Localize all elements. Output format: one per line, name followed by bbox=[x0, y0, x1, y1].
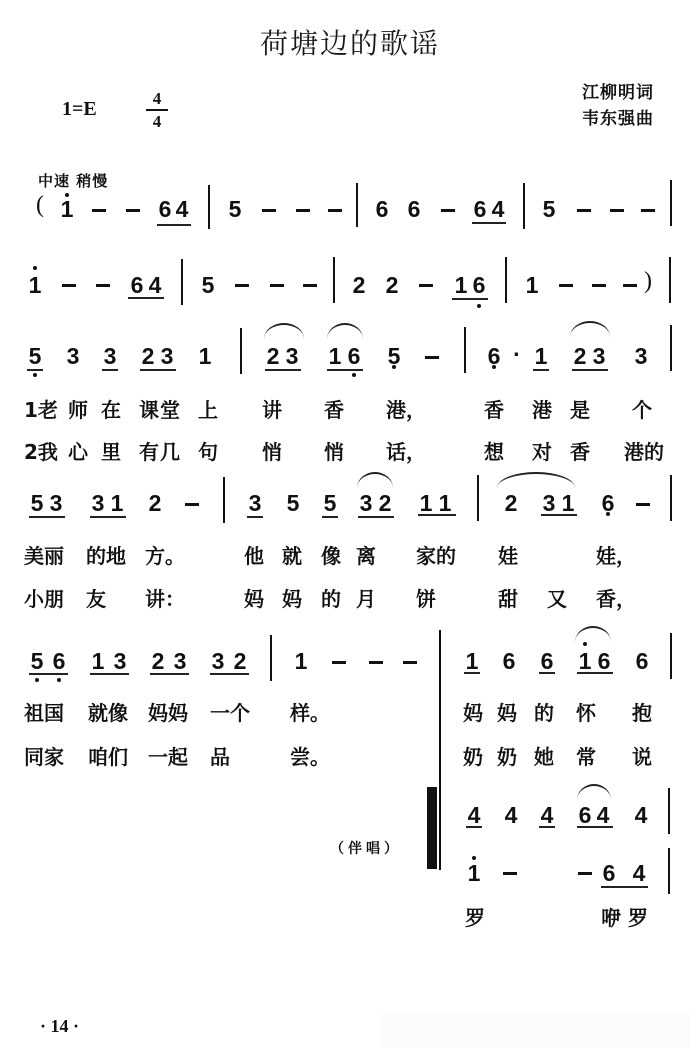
eighth-underline bbox=[539, 672, 555, 674]
lyric: 港， bbox=[386, 394, 426, 423]
note: 6 bbox=[576, 802, 594, 828]
close-paren: ) bbox=[644, 268, 652, 295]
eighth-underline bbox=[452, 298, 488, 300]
lyric: 小朋 bbox=[24, 583, 64, 612]
lyric: 讲： bbox=[145, 583, 185, 612]
eighth-underline bbox=[327, 369, 363, 371]
note: 3 bbox=[64, 343, 82, 369]
accompaniment-label: （伴唱） bbox=[330, 838, 402, 858]
note: 6 bbox=[345, 343, 363, 369]
note: 5 bbox=[26, 343, 44, 369]
key-signature: 1=E bbox=[62, 98, 97, 121]
note: 3 bbox=[47, 490, 65, 516]
barline bbox=[670, 180, 672, 226]
lyric: 妈 bbox=[463, 697, 483, 726]
composer-credit: 韦东强曲 bbox=[582, 104, 654, 129]
lyric: 友 bbox=[86, 583, 106, 612]
note: 5 bbox=[199, 272, 217, 298]
lyric: 是 bbox=[570, 394, 590, 423]
low-octave-dot bbox=[492, 365, 496, 369]
lyric: 他 bbox=[244, 540, 264, 569]
note: 1 bbox=[523, 272, 541, 298]
lyric: 香 bbox=[570, 436, 590, 465]
lyric: 课 bbox=[139, 394, 159, 423]
song-title: 荷塘边的歌谣 bbox=[0, 22, 700, 62]
lyric: 悄 bbox=[262, 436, 282, 465]
lyric: 她 bbox=[534, 741, 554, 770]
lyric: 样。 bbox=[290, 697, 330, 726]
eighth-underline bbox=[572, 369, 608, 371]
eighth-underline bbox=[247, 516, 263, 518]
lyric: 在 bbox=[101, 394, 121, 423]
slur bbox=[575, 626, 611, 642]
note: 3 bbox=[209, 648, 227, 674]
note: 1 bbox=[26, 272, 44, 298]
dash bbox=[303, 284, 317, 287]
note: 4 bbox=[538, 802, 556, 828]
eighth-underline bbox=[150, 673, 189, 675]
note: 2 bbox=[376, 490, 394, 516]
lyric: 上 bbox=[198, 394, 218, 423]
eighth-underline bbox=[577, 826, 613, 828]
slur bbox=[357, 472, 393, 488]
low-octave-dot bbox=[352, 373, 356, 377]
note: 1 bbox=[326, 343, 344, 369]
eighth-underline bbox=[29, 516, 65, 518]
lyric: 2我 bbox=[24, 436, 58, 465]
dash bbox=[235, 284, 249, 287]
lyric: 怀 bbox=[576, 697, 596, 726]
slur bbox=[327, 323, 363, 339]
lyric: 抱 bbox=[632, 697, 652, 726]
note: 2 bbox=[146, 490, 164, 516]
barline bbox=[505, 257, 507, 303]
lyric: 1老 bbox=[24, 394, 58, 423]
eighth-underline bbox=[472, 222, 506, 224]
note: 4 bbox=[173, 196, 191, 222]
lyric: 师 bbox=[68, 394, 88, 423]
open-paren: ( bbox=[36, 192, 44, 219]
note: 6 bbox=[373, 196, 391, 222]
barline bbox=[464, 327, 466, 373]
note: 1 bbox=[576, 648, 594, 674]
note: 1 bbox=[58, 196, 76, 222]
note: 1 bbox=[559, 490, 577, 516]
low-octave-dot bbox=[392, 365, 396, 369]
note: 2 bbox=[149, 648, 167, 674]
note: 6 bbox=[595, 648, 613, 674]
note: 5 bbox=[28, 648, 46, 674]
lyric: 娃， bbox=[596, 540, 636, 569]
lyric: 几 bbox=[160, 436, 180, 465]
note: 3 bbox=[171, 648, 189, 674]
scan-artifact bbox=[380, 1012, 690, 1048]
barline bbox=[208, 185, 210, 229]
dash bbox=[610, 209, 624, 212]
time-signature-top: 4 bbox=[146, 90, 168, 107]
barline bbox=[181, 259, 183, 305]
dash bbox=[578, 872, 592, 875]
note: 2 bbox=[264, 343, 282, 369]
barline bbox=[670, 475, 672, 521]
note: 1 bbox=[196, 343, 214, 369]
note: 6 bbox=[156, 196, 174, 222]
note: 2 bbox=[231, 648, 249, 674]
note: 2 bbox=[571, 343, 589, 369]
dash bbox=[636, 503, 650, 506]
note: 1 bbox=[452, 272, 470, 298]
tempo-marking: 中速 稍慢 bbox=[38, 170, 108, 191]
note: 3 bbox=[111, 648, 129, 674]
lyric: 常 bbox=[576, 741, 596, 770]
low-octave-dot bbox=[606, 512, 610, 516]
lyric: 里 bbox=[101, 436, 121, 465]
note: 1 bbox=[532, 343, 550, 369]
note: 5 bbox=[226, 196, 244, 222]
note: 4 bbox=[489, 196, 507, 222]
lyric: 对 bbox=[532, 436, 552, 465]
dash bbox=[641, 209, 655, 212]
lyricist-credit: 江柳明词 bbox=[582, 78, 654, 103]
lyric: 祖国 bbox=[24, 697, 64, 726]
lyric: 香， bbox=[596, 583, 636, 612]
lyric: 妈 bbox=[244, 583, 264, 612]
barline bbox=[477, 475, 479, 521]
note: 1 bbox=[436, 490, 454, 516]
note: 6 bbox=[471, 196, 489, 222]
note: 2 bbox=[502, 490, 520, 516]
note: 4 bbox=[502, 802, 520, 828]
lyric: 饼 bbox=[416, 583, 436, 612]
note: 1 bbox=[417, 490, 435, 516]
lyric: 的 bbox=[321, 583, 341, 612]
eighth-underline bbox=[102, 369, 118, 371]
lyric: 就 bbox=[282, 540, 302, 569]
time-signature: 4 4 bbox=[146, 90, 168, 130]
high-octave-dot bbox=[472, 856, 476, 860]
note: 3 bbox=[101, 343, 119, 369]
low-octave-dot bbox=[477, 304, 481, 308]
note: 1 bbox=[89, 648, 107, 674]
barline bbox=[333, 257, 335, 303]
dash bbox=[369, 661, 383, 664]
dash bbox=[419, 284, 433, 287]
dash bbox=[328, 209, 342, 212]
augmentation-dot: · bbox=[508, 341, 526, 367]
lyric: 甜 bbox=[498, 583, 518, 612]
note: 1 bbox=[108, 490, 126, 516]
dash bbox=[403, 661, 417, 664]
dash bbox=[92, 209, 106, 212]
high-octave-dot bbox=[33, 266, 37, 270]
eighth-underline bbox=[29, 673, 68, 675]
barline bbox=[668, 848, 670, 894]
lyric: 个 bbox=[632, 394, 652, 423]
lyric: 像 bbox=[321, 540, 341, 569]
note: 6 bbox=[600, 860, 618, 886]
barline bbox=[670, 325, 672, 371]
lyric: 又 bbox=[547, 583, 567, 612]
note: 5 bbox=[284, 490, 302, 516]
eighth-underline bbox=[466, 826, 482, 828]
note: 3 bbox=[632, 343, 650, 369]
barline bbox=[223, 477, 225, 523]
dash bbox=[270, 284, 284, 287]
note: 4 bbox=[146, 272, 164, 298]
note: 6 bbox=[633, 648, 651, 674]
eighth-underline bbox=[577, 672, 613, 674]
note: 5 bbox=[540, 196, 558, 222]
low-octave-dot bbox=[57, 678, 61, 682]
eighth-underline bbox=[418, 514, 456, 516]
dash bbox=[296, 209, 310, 212]
dash bbox=[332, 661, 346, 664]
barline bbox=[356, 183, 358, 227]
lyric: 咱们 bbox=[88, 741, 128, 770]
staff-bracket bbox=[427, 787, 437, 869]
note: 2 bbox=[139, 343, 157, 369]
eighth-underline bbox=[210, 673, 249, 675]
eighth-underline bbox=[90, 673, 129, 675]
time-signature-bottom: 4 bbox=[146, 113, 168, 130]
note: 6 bbox=[128, 272, 146, 298]
low-octave-dot bbox=[35, 678, 39, 682]
note: 3 bbox=[590, 343, 608, 369]
lyric: 奶 bbox=[497, 741, 517, 770]
lyric: 娃 bbox=[498, 540, 518, 569]
note: 1 bbox=[292, 648, 310, 674]
note: 3 bbox=[158, 343, 176, 369]
dash bbox=[425, 356, 439, 359]
lyric: 妈 bbox=[282, 583, 302, 612]
lyric: 美丽 bbox=[24, 540, 64, 569]
eighth-underline bbox=[265, 369, 301, 371]
lyric: 品 bbox=[210, 741, 230, 770]
barline bbox=[668, 788, 670, 834]
page-number: · 14 · bbox=[40, 1016, 79, 1037]
low-octave-dot bbox=[33, 373, 37, 377]
dash bbox=[126, 209, 140, 212]
note: 4 bbox=[594, 802, 612, 828]
eighth-underline bbox=[322, 516, 338, 518]
lyric: 话， bbox=[386, 436, 426, 465]
eighth-underline bbox=[90, 516, 126, 518]
lyric: 奶 bbox=[463, 741, 483, 770]
lyric: 堂 bbox=[160, 394, 180, 423]
lyric: 罗 bbox=[465, 902, 485, 931]
lyric: 香 bbox=[324, 394, 344, 423]
lyric: 有 bbox=[139, 436, 159, 465]
lyric: 讲 bbox=[262, 394, 282, 423]
lyric: 想 bbox=[484, 436, 504, 465]
lyric: 的 bbox=[534, 697, 554, 726]
note: 6 bbox=[405, 196, 423, 222]
lyric: 方。 bbox=[145, 540, 185, 569]
eighth-underline bbox=[27, 369, 43, 371]
note: 3 bbox=[89, 490, 107, 516]
note: 2 bbox=[383, 272, 401, 298]
eighth-underline bbox=[128, 297, 164, 299]
lyric: 一起 bbox=[148, 741, 188, 770]
system-line bbox=[439, 630, 441, 870]
note: 6 bbox=[500, 648, 518, 674]
barline bbox=[523, 183, 525, 229]
dash bbox=[592, 284, 606, 287]
eighth-underline bbox=[533, 369, 549, 371]
note: 3 bbox=[283, 343, 301, 369]
dash bbox=[503, 872, 517, 875]
eighth-underline bbox=[358, 516, 394, 518]
dash bbox=[441, 209, 455, 212]
note: 3 bbox=[357, 490, 375, 516]
eighth-underline bbox=[140, 369, 176, 371]
lyric: 港的 bbox=[624, 436, 664, 465]
note: 1 bbox=[465, 860, 483, 886]
eighth-underline bbox=[541, 514, 577, 516]
lyric: 尝。 bbox=[290, 741, 330, 770]
lyric: 同家 bbox=[24, 741, 64, 770]
slur bbox=[264, 323, 304, 339]
note: 6 bbox=[50, 648, 68, 674]
dash bbox=[62, 284, 76, 287]
lyric: 就像 bbox=[88, 697, 128, 726]
lyric: 离 bbox=[356, 540, 376, 569]
note: 6 bbox=[538, 648, 556, 674]
barline bbox=[240, 328, 242, 374]
lyric: 说 bbox=[632, 741, 652, 770]
note: 5 bbox=[321, 490, 339, 516]
dash bbox=[577, 209, 591, 212]
dash bbox=[623, 284, 637, 287]
eighth-underline bbox=[539, 826, 555, 828]
high-octave-dot bbox=[65, 193, 69, 197]
slur bbox=[497, 472, 575, 488]
lyric: 罗 bbox=[628, 902, 648, 931]
slur bbox=[570, 321, 610, 337]
slur bbox=[577, 784, 611, 800]
lyric: 心 bbox=[68, 436, 88, 465]
eighth-underline bbox=[157, 224, 191, 226]
note: 6 bbox=[470, 272, 488, 298]
lyric: 悄 bbox=[324, 436, 344, 465]
lyric: 的地 bbox=[86, 540, 126, 569]
note: 5 bbox=[28, 490, 46, 516]
dash bbox=[185, 503, 199, 506]
note: 3 bbox=[540, 490, 558, 516]
note: 4 bbox=[465, 802, 483, 828]
barline bbox=[669, 257, 671, 303]
barline bbox=[270, 635, 272, 681]
lyric: 咿 bbox=[601, 902, 621, 931]
dash bbox=[559, 284, 573, 287]
note: 1 bbox=[463, 648, 481, 674]
lyric: 句 bbox=[198, 436, 218, 465]
note: 4 bbox=[630, 860, 648, 886]
eighth-underline bbox=[464, 672, 480, 674]
lyric: 家的 bbox=[416, 540, 456, 569]
lyric: 港 bbox=[532, 394, 552, 423]
lyric: 一个 bbox=[210, 697, 250, 726]
dash bbox=[262, 209, 276, 212]
eighth-underline bbox=[601, 886, 648, 888]
note: 3 bbox=[246, 490, 264, 516]
lyric: 月 bbox=[356, 583, 376, 612]
lyric: 妈 bbox=[497, 697, 517, 726]
time-signature-line bbox=[146, 109, 168, 111]
note: 2 bbox=[350, 272, 368, 298]
note: 4 bbox=[632, 802, 650, 828]
lyric: 妈妈 bbox=[148, 697, 188, 726]
high-octave-dot bbox=[583, 642, 587, 646]
dash bbox=[96, 284, 110, 287]
lyric: 香 bbox=[484, 394, 504, 423]
barline bbox=[670, 633, 672, 679]
